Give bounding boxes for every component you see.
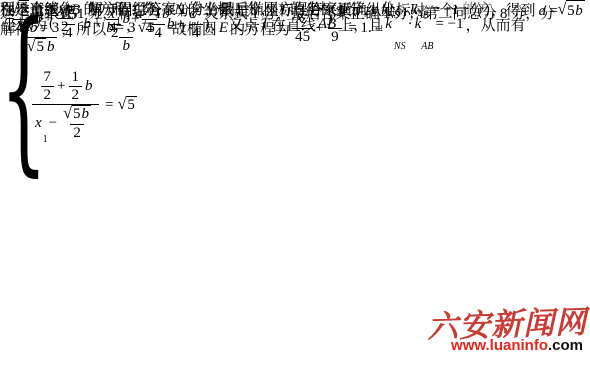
var-b: b [85, 78, 93, 95]
number: 5 [73, 106, 81, 123]
watermark-url: www.luaninfo.com [451, 337, 583, 354]
number: 5 [127, 97, 135, 114]
watermark-url-dark: .com [548, 337, 583, 354]
denominator: x 1 − √ 5b 2 [32, 104, 99, 142]
radicand: 5b [566, 0, 584, 21]
plus-sign: + [57, 78, 65, 95]
numerator: 7 [41, 69, 55, 86]
big-fraction: 7 2 + 1 2 b x 1 − [32, 69, 99, 142]
watermark-url-red: www.luaninfo [451, 337, 548, 354]
radical-sign: √ [558, 0, 567, 19]
fraction-1-2: 1 2 [69, 69, 83, 105]
minus-sign: − [49, 115, 57, 132]
fraction-7-2: 7 2 [41, 69, 55, 105]
denominator: 9 [328, 28, 342, 46]
return-mark-icon: ↵ [416, 4, 425, 17]
number: 5 [567, 1, 574, 21]
fraction-sqrt5b-2: √ 5b 2 [60, 105, 94, 142]
radical-sign: √ [63, 104, 72, 123]
numerator: √ 5b [60, 105, 94, 124]
var-b: b [575, 1, 582, 21]
subscript-1: 1 [43, 134, 48, 146]
subscript-AB: AB [421, 41, 433, 52]
equals-neg1: = −1 [432, 2, 459, 18]
text-obscured: 的方 [462, 2, 491, 18]
document-page: 坐标为 ( √ 5 4 b + x 1 2 ， − 1 4 b + [0, 0, 590, 373]
numerator: 7 2 + 1 2 b [36, 69, 96, 105]
equals-sign: = [105, 97, 113, 114]
denominator: 45 [292, 28, 313, 46]
denominator: 2 [41, 86, 55, 104]
var-x: x [35, 115, 42, 132]
paragraph-line-4: 程一个 1 分，解方程组答案 1 分，最后椭圆方程答案正确 1 分。 ↵ [0, 0, 425, 21]
radical: √ 5 [118, 96, 137, 115]
radicand: 5 [126, 96, 137, 114]
denominator: 2 [69, 86, 83, 104]
equation-2: 7 2 + 1 2 b x 1 − [30, 69, 187, 142]
denominator: 2 [70, 124, 84, 142]
radical-sign: √ [118, 95, 127, 114]
text-run: 程一个 1 分，解方程组答案 1 分，最后椭圆方程答案正确 1 分。 [0, 2, 410, 18]
radicand: 5b [72, 105, 91, 123]
subscript-NS: NS [394, 41, 406, 52]
radical: √5b [558, 0, 585, 21]
numerator: 1 [69, 69, 83, 86]
var-b: b [82, 106, 90, 123]
radical: √ 5b [63, 105, 91, 124]
